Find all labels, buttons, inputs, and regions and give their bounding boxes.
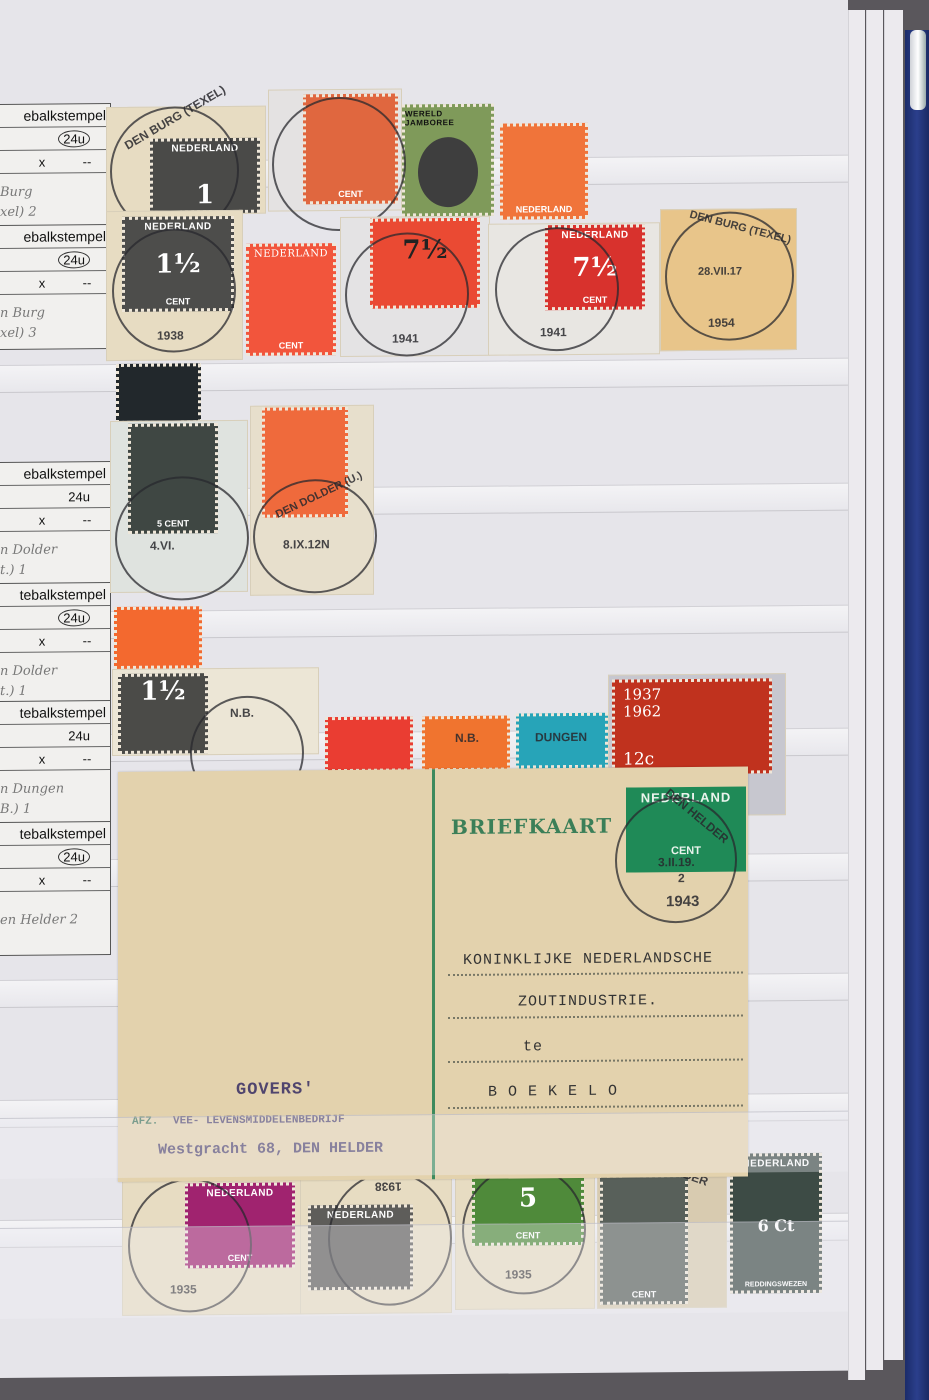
- label-dash: --: [83, 751, 92, 766]
- label-header: tebalkstempel: [0, 822, 110, 846]
- stamp: NEDERLAND CENT: [246, 243, 336, 356]
- label-note: n Dungen B.) 1: [0, 770, 110, 825]
- label-mark: x: [39, 751, 46, 766]
- page-edge: [884, 10, 903, 1360]
- postmark-date: 4.VI.: [150, 538, 175, 552]
- label-note: n Dolder t.) 1: [0, 531, 110, 586]
- label-header: ebalkstempel: [0, 225, 110, 249]
- label-dash: --: [83, 872, 92, 887]
- label-mark: x: [39, 872, 46, 887]
- catalog-label: ebalkstempel 24u x-- Burg xel) 2: [0, 103, 111, 229]
- label-mark: x: [39, 633, 46, 648]
- postmark-text: N.B.: [455, 731, 479, 745]
- label-note: Burg xel) 2: [0, 173, 110, 228]
- label-mark: x: [39, 154, 46, 169]
- postmark-year: 1941: [540, 325, 567, 339]
- catalog-label: tebalkstempel 24u x-- en Helder 2: [0, 821, 111, 956]
- label-header: tebalkstempel: [0, 583, 110, 607]
- stamp: 1937 1962 12c: [612, 678, 772, 774]
- postmark-text: N.B.: [230, 706, 254, 720]
- album-clip: [910, 30, 926, 110]
- label-mark: x: [39, 512, 46, 527]
- label-note: en Helder 2: [0, 891, 110, 946]
- label-code: 24u: [58, 848, 90, 865]
- postmark-year: 1938: [375, 1179, 402, 1193]
- label-header: ebalkstempel: [0, 104, 110, 128]
- stamp: 1½: [118, 673, 208, 754]
- label-code: 24u: [68, 489, 90, 504]
- postmark-year: 1938: [157, 328, 184, 342]
- stamp: NEDERLAND 7½ CENT: [545, 224, 645, 310]
- catalog-label: ebalkstempel 24u x-- n Dolder t.) 1: [0, 461, 111, 587]
- postmark-date: 28.VII.17: [698, 266, 742, 278]
- album-page: ebalkstempel 24u x-- Burg xel) 2 ebalkst…: [0, 0, 848, 1378]
- postmark-text: DUNGEN: [535, 730, 587, 744]
- stamp: NEDERLAND 1: [150, 138, 260, 214]
- stamp: 5 CENT: [128, 423, 218, 534]
- label-note: n Burg xel) 3: [0, 294, 110, 349]
- stamp: WERELD JAMBOREE: [402, 104, 494, 217]
- stamp: [114, 606, 202, 669]
- label-dash: --: [83, 154, 92, 169]
- label-dash: --: [83, 275, 92, 290]
- label-code: 24u: [68, 728, 90, 743]
- address-line: ZOUTINDUSTRIE.: [518, 992, 658, 1010]
- page-edge: [848, 10, 865, 1380]
- label-code: 24u: [58, 130, 90, 147]
- label-dash: --: [83, 633, 92, 648]
- postmark-year: 1943: [666, 893, 699, 910]
- label-code: 24u: [58, 251, 90, 268]
- address-line: B O E K E L O: [488, 1083, 618, 1101]
- catalog-label: tebalkstempel 24u x-- n Dungen B.) 1: [0, 700, 111, 826]
- postmark-date: 8.IX.12N: [283, 537, 330, 551]
- catalog-label: tebalkstempel 24u x-- n Dolder t.) 1: [0, 582, 111, 708]
- label-dash: --: [83, 512, 92, 527]
- postmark-number: 2: [678, 871, 685, 885]
- postmark-year: 1954: [708, 316, 735, 330]
- label-header: ebalkstempel: [0, 462, 110, 486]
- stamp: NEDERLAND: [500, 123, 588, 220]
- label-note: n Dolder t.) 1: [0, 652, 110, 707]
- album-spine: [905, 30, 929, 1400]
- stamp: [116, 363, 201, 424]
- stamp: NEDERLAND 1½ CENT: [122, 216, 234, 312]
- label-mark: x: [39, 275, 46, 290]
- scout-emblem-icon: [418, 137, 478, 208]
- address-line: KONINKLIJKE NEDERLANDSCHE: [463, 950, 713, 969]
- card-title: BRIEFKAART: [451, 814, 612, 839]
- postmark-date: 3.II.19.: [658, 855, 695, 869]
- postmark-year: 1941: [392, 331, 419, 345]
- stamp: 7½: [370, 218, 480, 309]
- stamp: CENT: [303, 94, 398, 205]
- stamp: [325, 716, 413, 772]
- label-header: tebalkstempel: [0, 701, 110, 725]
- page-edge: [866, 10, 883, 1370]
- label-code: 24u: [58, 609, 90, 626]
- catalog-label: ebalkstempel 24u x-- n Burg xel) 3: [0, 224, 111, 350]
- sender-name: GOVERS': [236, 1080, 314, 1100]
- address-line: te: [523, 1038, 543, 1055]
